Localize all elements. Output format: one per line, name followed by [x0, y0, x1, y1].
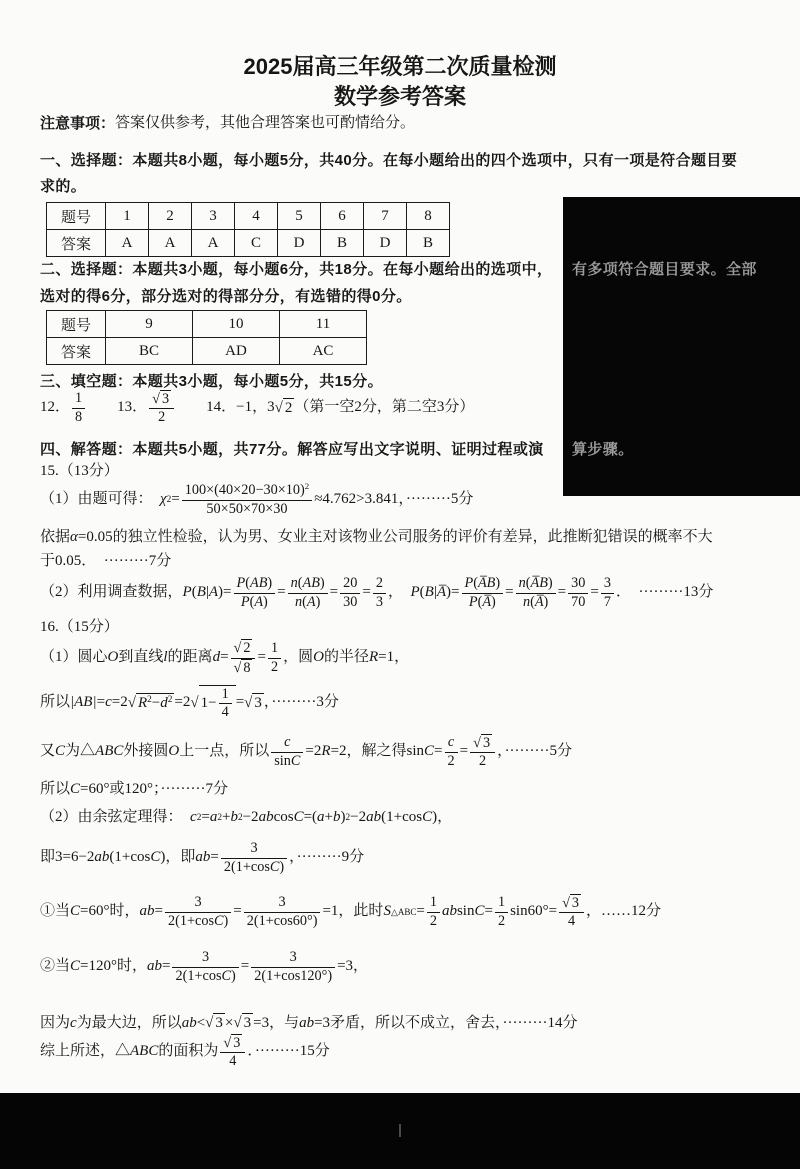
math-text: )	[495, 575, 500, 591]
fraction: c2	[445, 734, 458, 769]
math-text: =60°或120°；·········7分	[80, 780, 228, 800]
math-text: )	[279, 859, 284, 875]
square-root: √3	[223, 1034, 242, 1052]
math-text: O	[108, 648, 119, 668]
fraction: 2030	[340, 575, 360, 610]
table-cell: B	[407, 230, 450, 257]
math-text: 2	[448, 753, 455, 769]
math-text: ab	[140, 902, 155, 922]
math-text: O	[313, 648, 324, 668]
page-number-mark	[399, 1124, 401, 1137]
math-text: 100×(40×20−30×10)	[185, 482, 305, 498]
radicand: 3	[481, 734, 492, 752]
math-text: 12．	[40, 398, 70, 418]
problem16-line5: （2）由余弦定理得： c2=a2+b2−2abcosC=(a+b)2−2ab(1…	[40, 808, 452, 828]
square-root: √3	[152, 390, 171, 408]
math-text: n	[291, 575, 298, 591]
table-cell: A	[149, 230, 192, 257]
math-text: AB	[250, 575, 267, 591]
math-text: 30	[343, 594, 357, 610]
math-text: =2	[174, 693, 190, 713]
math-text: =1，	[378, 648, 409, 668]
math-text: c	[284, 734, 290, 750]
problem16-line3: 又C为△ABC外接圆O上一点，所以csinC=2R=2，解之得sinC=c2=√…	[40, 728, 572, 776]
radicand: 3	[252, 693, 264, 714]
math-text: ，圆	[283, 648, 313, 668]
fraction: 3070	[568, 575, 588, 610]
math-text: (1+cos	[109, 848, 150, 868]
math-text: R	[321, 742, 330, 762]
math-text: =1，此时	[322, 902, 383, 922]
radical-sign: √	[128, 694, 136, 714]
math-text: 2(1+cos	[168, 913, 214, 929]
math-text: =	[416, 902, 424, 922]
table-cell: 9	[106, 311, 193, 338]
math-text: =	[460, 742, 468, 762]
square-root: √3	[244, 693, 264, 714]
math-text: =2，解之得sin	[331, 742, 424, 762]
math-text: )=	[218, 583, 231, 603]
math-text: ，	[388, 583, 411, 603]
math-text: 3	[604, 575, 611, 591]
math-text: =3矛盾，所以不成立，舍去，·········14分	[314, 1014, 577, 1034]
math-text: 2(1+cos120°)	[254, 968, 332, 984]
math-text: C	[70, 780, 80, 800]
math-text: =2	[112, 693, 128, 713]
math-text: =	[233, 902, 241, 922]
table-cell: C	[235, 230, 278, 257]
math-text: C	[474, 902, 484, 922]
exam-title: 2025届高三年级第二次质量检测	[0, 50, 800, 81]
square-root: √3	[473, 734, 492, 752]
math-text: sin	[274, 753, 291, 769]
math-text: 4	[222, 704, 229, 720]
math-text: 4	[568, 913, 575, 929]
fraction: 37	[601, 575, 614, 610]
math-text: ，·········3分	[264, 693, 339, 713]
math-text: 1	[75, 390, 82, 406]
section4-heading-on-black: 算步骤。	[572, 440, 634, 460]
table-row: 题号 9 10 11	[47, 311, 367, 338]
math-text: 7	[604, 594, 611, 610]
math-text: 3	[290, 949, 297, 965]
fraction: 32(1+cos120°)	[251, 949, 335, 984]
notice-line: 注意事项： 答案仅供参考，其他合理答案也可酌情给分。	[40, 114, 415, 134]
math-text: =	[362, 583, 370, 603]
math-text: =	[171, 490, 179, 510]
math-text: =	[505, 583, 513, 603]
math-text: C	[70, 957, 80, 977]
table-cell: BC	[106, 338, 193, 365]
math-text: 3	[483, 735, 490, 751]
problem16-line1: （1）圆心O到直线l的距离d=√2√8=12，圆O的半径R=1，	[40, 634, 409, 682]
math-text: A	[254, 594, 263, 610]
table-cell: 11	[280, 311, 367, 338]
math-text: AB	[303, 575, 320, 591]
math-text: ，……12分	[586, 902, 661, 922]
table-cell: 4	[235, 203, 278, 230]
math-text: ． ·········13分	[616, 583, 713, 603]
section2-heading-line2: 选对的得6分，部分选对的得部分分，有选错的得0分。	[40, 287, 412, 307]
answer-table-choice-1: 题号 1 2 3 4 5 6 7 8 答案 A A A C D B D B	[46, 202, 450, 257]
math-text: P	[241, 594, 250, 610]
problem15-step2-line2: 于0.05． ·········7分	[40, 552, 171, 572]
math-text: n	[523, 594, 530, 610]
radical-sign: √	[152, 391, 160, 408]
section2-heading-on-black: 有多项符合题目要求。全部	[572, 260, 757, 280]
radical-sign: √	[234, 640, 242, 657]
math-text: 的半径	[324, 648, 369, 668]
table-cell: 题号	[47, 203, 106, 230]
math-text: =2	[305, 742, 321, 762]
math-text: B	[197, 583, 206, 603]
math-text: 1	[498, 894, 505, 910]
problem15-step3-line: （2）利用调查数据，P(B|A)=P(AB)P(A)=n(AB)n(A)=203…	[40, 570, 713, 616]
math-text: −2	[243, 808, 259, 828]
fraction: 18	[72, 390, 85, 425]
math-text: P	[411, 583, 420, 603]
math-supscript: 2	[168, 695, 173, 705]
math-text: ①当	[40, 902, 70, 922]
problem16-line7: ①当C=60°时，ab=32(1+cosC)=32(1+cos60°)=1，此时…	[40, 886, 661, 938]
fraction: n(AB)n(A)	[288, 575, 328, 610]
section2-heading-white: 二、选择题：本题共3小题，每小题6分，共18分。在每小题给出的选项中，	[40, 260, 552, 280]
math-text: 2(1+cos60°)	[247, 913, 318, 929]
math-text: C	[55, 742, 65, 762]
math-text: 2(1+cos	[224, 859, 270, 875]
paper-subtitle: 数学参考答案	[0, 80, 800, 111]
math-text: 2(1+cos	[175, 968, 221, 984]
math-text: 依据	[40, 528, 70, 548]
section4-heading: 四、解答题：本题共5小题，共77分。解答应写出文字说明、证明过程或演 算步骤。	[40, 440, 544, 460]
math-text: ab	[442, 902, 457, 922]
math-text: 4	[229, 1053, 236, 1069]
math-text: C	[222, 968, 232, 984]
math-text: =	[257, 648, 265, 668]
notice-text: 答案仅供参考，其他合理答案也可酌情给分。	[115, 114, 415, 134]
math-text: A	[209, 583, 218, 603]
math-text: C	[150, 848, 160, 868]
math-text: 2	[243, 640, 250, 656]
table-cell: 5	[278, 203, 321, 230]
table-cell: 2	[149, 203, 192, 230]
problem15-step1-line: （1）由题可得： χ2=100×(40×20−30×10)250×50×70×3…	[40, 476, 473, 524]
square-root: √1−14	[190, 685, 235, 721]
math-text: C	[424, 742, 434, 762]
math-text: =	[210, 848, 218, 868]
math-text: =	[241, 957, 249, 977]
math-text: −2	[350, 808, 366, 828]
problem16-line8: ②当C=120°时，ab=32(1+cosC)=32(1+cos120°)=3，	[40, 940, 368, 994]
fraction: 32(1+cosC)	[221, 840, 287, 875]
fraction: √32	[470, 734, 495, 770]
math-text: 1−	[201, 695, 217, 711]
math-text: )	[544, 594, 549, 610]
math-text: 为△	[65, 742, 95, 762]
math-text: 所以	[40, 780, 70, 800]
math-text: P	[237, 575, 246, 591]
table-cell: 1	[106, 203, 149, 230]
math-text: χ	[160, 490, 167, 510]
answer-table-choice-2: 题号 9 10 11 答案 BC AD AC	[46, 310, 367, 365]
table-cell: 6	[321, 203, 364, 230]
fraction: 12	[495, 894, 508, 929]
math-text: 3	[254, 695, 262, 711]
math-text: R	[138, 695, 147, 711]
math-text: =	[201, 808, 209, 828]
fraction: √34	[220, 1034, 245, 1070]
math-text: ，·········5分	[497, 742, 572, 762]
math-text: cos	[274, 808, 294, 828]
math-text: )	[316, 594, 321, 610]
fraction: 32(1+cos60°)	[244, 894, 321, 929]
math-text: C	[214, 913, 224, 929]
section4-heading-white: 四、解答题：本题共5小题，共77分。解答应写出文字说明、证明过程或演	[40, 440, 544, 460]
math-text: =(	[304, 808, 317, 828]
table-cell: A	[192, 230, 235, 257]
math-text: O	[168, 742, 179, 762]
table-cell: 3	[192, 203, 235, 230]
math-text: C	[70, 902, 80, 922]
radical-sign: √	[275, 399, 283, 419]
math-text: 1	[222, 686, 229, 702]
table-cell: AC	[280, 338, 367, 365]
fraction: 23	[373, 575, 386, 610]
table-row: 题号 1 2 3 4 5 6 7 8	[47, 203, 450, 230]
table-cell: A	[106, 230, 149, 257]
math-text: R	[369, 648, 378, 668]
square-root: √R2−d2	[128, 693, 175, 714]
math-text: =	[485, 902, 493, 922]
math-text: P	[183, 583, 192, 603]
math-text: 3	[250, 840, 257, 856]
math-text: 2	[498, 913, 505, 929]
math-text: 3	[233, 1035, 240, 1051]
math-text: )	[224, 913, 229, 929]
fraction: √32	[149, 390, 174, 426]
math-text: 的距离	[168, 648, 213, 668]
radical-sign: √	[244, 694, 252, 714]
notice-label: 注意事项：	[40, 114, 115, 134]
math-text: C	[270, 859, 280, 875]
square-root: √2	[275, 398, 295, 419]
table-cell: 7	[364, 203, 407, 230]
section1-heading-line2: 求的。	[40, 177, 86, 197]
math-text: 3	[202, 949, 209, 965]
math-text: 30	[571, 575, 585, 591]
math-text: )，即	[160, 848, 195, 868]
math-text: 1	[271, 640, 278, 656]
math-text: =	[97, 693, 105, 713]
math-text: ab	[366, 808, 381, 828]
math-text: ab	[259, 808, 274, 828]
table-cell: D	[364, 230, 407, 257]
table-cell: 题号	[47, 311, 106, 338]
fraction: 12	[427, 894, 440, 929]
fraction: 100×(40×20−30×10)250×50×70×30	[182, 482, 312, 517]
math-text: =3，	[337, 957, 368, 977]
fraction: n(A̅B)n(A̅)	[516, 575, 556, 610]
math-text: C	[291, 753, 301, 769]
math-text: 上一点，所以	[179, 742, 269, 762]
math-text: 3	[195, 894, 202, 910]
math-supscript: 2	[305, 482, 309, 492]
math-text: =	[558, 583, 566, 603]
math-text: |AB|	[70, 693, 97, 713]
math-text: =	[434, 742, 442, 762]
math-text: P	[469, 594, 478, 610]
math-text: ABC	[130, 1042, 158, 1062]
math-text: ABC	[95, 742, 123, 762]
math-text: d	[213, 648, 221, 668]
math-text: 2	[158, 409, 165, 425]
fraction: csinC	[271, 734, 303, 769]
table-cell: D	[278, 230, 321, 257]
math-text: 3	[376, 594, 383, 610]
math-text: C	[422, 808, 432, 828]
fraction: 14	[219, 686, 232, 721]
math-text: 2	[479, 753, 486, 769]
math-text: A̅	[535, 594, 544, 610]
problem16-line4: 所以C=60°或120°；·········7分	[40, 780, 228, 800]
problem16-line6: 即3=6−2ab(1+cosC)，即ab=32(1+cosC)，········…	[40, 834, 364, 882]
math-text: P	[465, 575, 474, 591]
math-text: A̅B	[478, 575, 495, 591]
math-text: ab	[94, 848, 109, 868]
answer-sheet-page: 2025届高三年级第二次质量检测 数学参考答案 注意事项： 答案仅供参考，其他合…	[0, 0, 800, 1169]
math-text: )	[231, 968, 236, 984]
math-text: 综上所述，△	[40, 1042, 130, 1062]
fraction: P(A̅B)P(A̅)	[462, 575, 504, 610]
math-text: ab	[147, 957, 162, 977]
math-text: 于0.05． ·········7分	[40, 552, 171, 572]
math-text: sin60°=	[510, 902, 557, 922]
math-text: =0.05的独立性检验，认为男、女业主对该物业公司服务的评价有差异，此推断犯错误…	[78, 528, 713, 548]
fraction: 32(1+cosC)	[172, 949, 238, 984]
math-text: 的面积为	[158, 1042, 218, 1062]
math-text: ②当	[40, 957, 70, 977]
fraction: P(AB)P(A)	[234, 575, 276, 610]
fraction: 12	[268, 640, 281, 675]
radicand: 2	[283, 398, 295, 419]
math-text: 13．	[87, 398, 147, 418]
problem16-line10: 综上所述，△ABC的面积为√34．·········15分	[40, 1028, 330, 1076]
math-text: 8	[243, 660, 250, 676]
problem16-line2: 所以|AB|=c=2√R2−d2=2√1−14=√3，·········3分	[40, 678, 339, 728]
radicand: 8	[241, 659, 252, 677]
math-text: 20	[343, 575, 357, 591]
math-text: =	[277, 583, 285, 603]
math-text: =	[330, 583, 338, 603]
math-text: 2	[376, 575, 383, 591]
table-cell: 10	[193, 311, 280, 338]
math-text: （2）利用调查数据，	[40, 583, 183, 603]
math-text: 外接圆	[123, 742, 168, 762]
math-text: （2）由余弦定理得：	[40, 808, 190, 828]
math-text: a	[317, 808, 325, 828]
math-text: ．·········15分	[247, 1042, 329, 1062]
radicand: 2	[241, 639, 252, 657]
radicand: 3	[231, 1034, 242, 1052]
math-text: b	[230, 808, 238, 828]
math-text: +	[222, 808, 230, 828]
table-cell: AD	[193, 338, 280, 365]
table-cell: 8	[407, 203, 450, 230]
math-text: =	[220, 648, 228, 668]
math-text: 14．−1，3	[176, 398, 274, 418]
math-text: )，	[432, 808, 452, 828]
radical-sign: √	[562, 895, 570, 912]
radical-sign: √	[223, 1035, 231, 1052]
radicand: 3	[160, 390, 171, 408]
section2-heading-line1: 二、选择题：本题共3小题，每小题6分，共18分。在每小题给出的选项中， 有多项符…	[40, 260, 552, 280]
radicand: 1−14	[199, 685, 236, 721]
radical-sign: √	[234, 660, 242, 677]
math-text: c	[190, 808, 197, 828]
math-text: =120°时，	[80, 957, 147, 977]
math-text: )	[548, 575, 553, 591]
math-text: d	[160, 695, 168, 711]
fill-in-answers-line: 12．18 13．√32 14．−1，3√2（第一空2分，第二空3分）	[40, 384, 474, 432]
square-root: √3	[562, 894, 581, 912]
math-text: )	[341, 808, 346, 828]
math-text: 50×50×70×30	[206, 501, 287, 517]
math-text: （1）圆心	[40, 648, 108, 668]
math-text: )	[320, 575, 325, 591]
math-text: =	[155, 902, 163, 922]
math-text: 8	[75, 409, 82, 425]
math-text: A̅	[437, 583, 446, 603]
square-root: √8	[234, 659, 253, 677]
math-text: sin	[457, 902, 475, 922]
table-cell: B	[321, 230, 364, 257]
radicand: 3	[570, 894, 581, 912]
radical-sign: √	[473, 735, 481, 752]
math-text: 1	[430, 894, 437, 910]
table-row: 答案 BC AD AC	[47, 338, 367, 365]
math-text: α	[70, 528, 78, 548]
fraction: √34	[559, 894, 584, 930]
math-text: 3	[279, 894, 286, 910]
math-text: 即3=6−2	[40, 848, 94, 868]
math-text: ab	[195, 848, 210, 868]
math-text: =	[162, 957, 170, 977]
math-text: 又	[40, 742, 55, 762]
math-text: =	[236, 693, 244, 713]
square-root: √2	[234, 639, 253, 657]
math-text: 2	[430, 913, 437, 929]
math-text: B	[425, 583, 434, 603]
math-text: 2	[285, 400, 293, 416]
problem15-step2-line1: 依据α=0.05的独立性检验，认为男、女业主对该物业公司服务的评价有差异，此推断…	[40, 528, 713, 548]
math-text: 2	[271, 659, 278, 675]
math-text: =60°时，	[80, 902, 139, 922]
radical-sign: √	[190, 694, 198, 714]
math-text: 到直线	[118, 648, 163, 668]
section1-heading-line1: 一、选择题：本题共8小题，每小题5分，共40分。在每小题给出的四个选项中，只有一…	[40, 151, 737, 171]
math-text: c	[105, 693, 112, 713]
fraction: √2√8	[231, 639, 256, 676]
math-text: A	[307, 594, 316, 610]
math-text: 所以	[40, 693, 70, 713]
math-text: c	[448, 734, 454, 750]
math-text: 3	[572, 895, 579, 911]
math-text: C	[294, 808, 304, 828]
math-text: )	[267, 575, 272, 591]
math-text: −	[152, 695, 160, 711]
exam-answer-sheet: { "title": { "line1": "2025届高三年级第二次质量检测"…	[0, 0, 800, 1169]
math-text: （1）由题可得：	[40, 490, 160, 510]
